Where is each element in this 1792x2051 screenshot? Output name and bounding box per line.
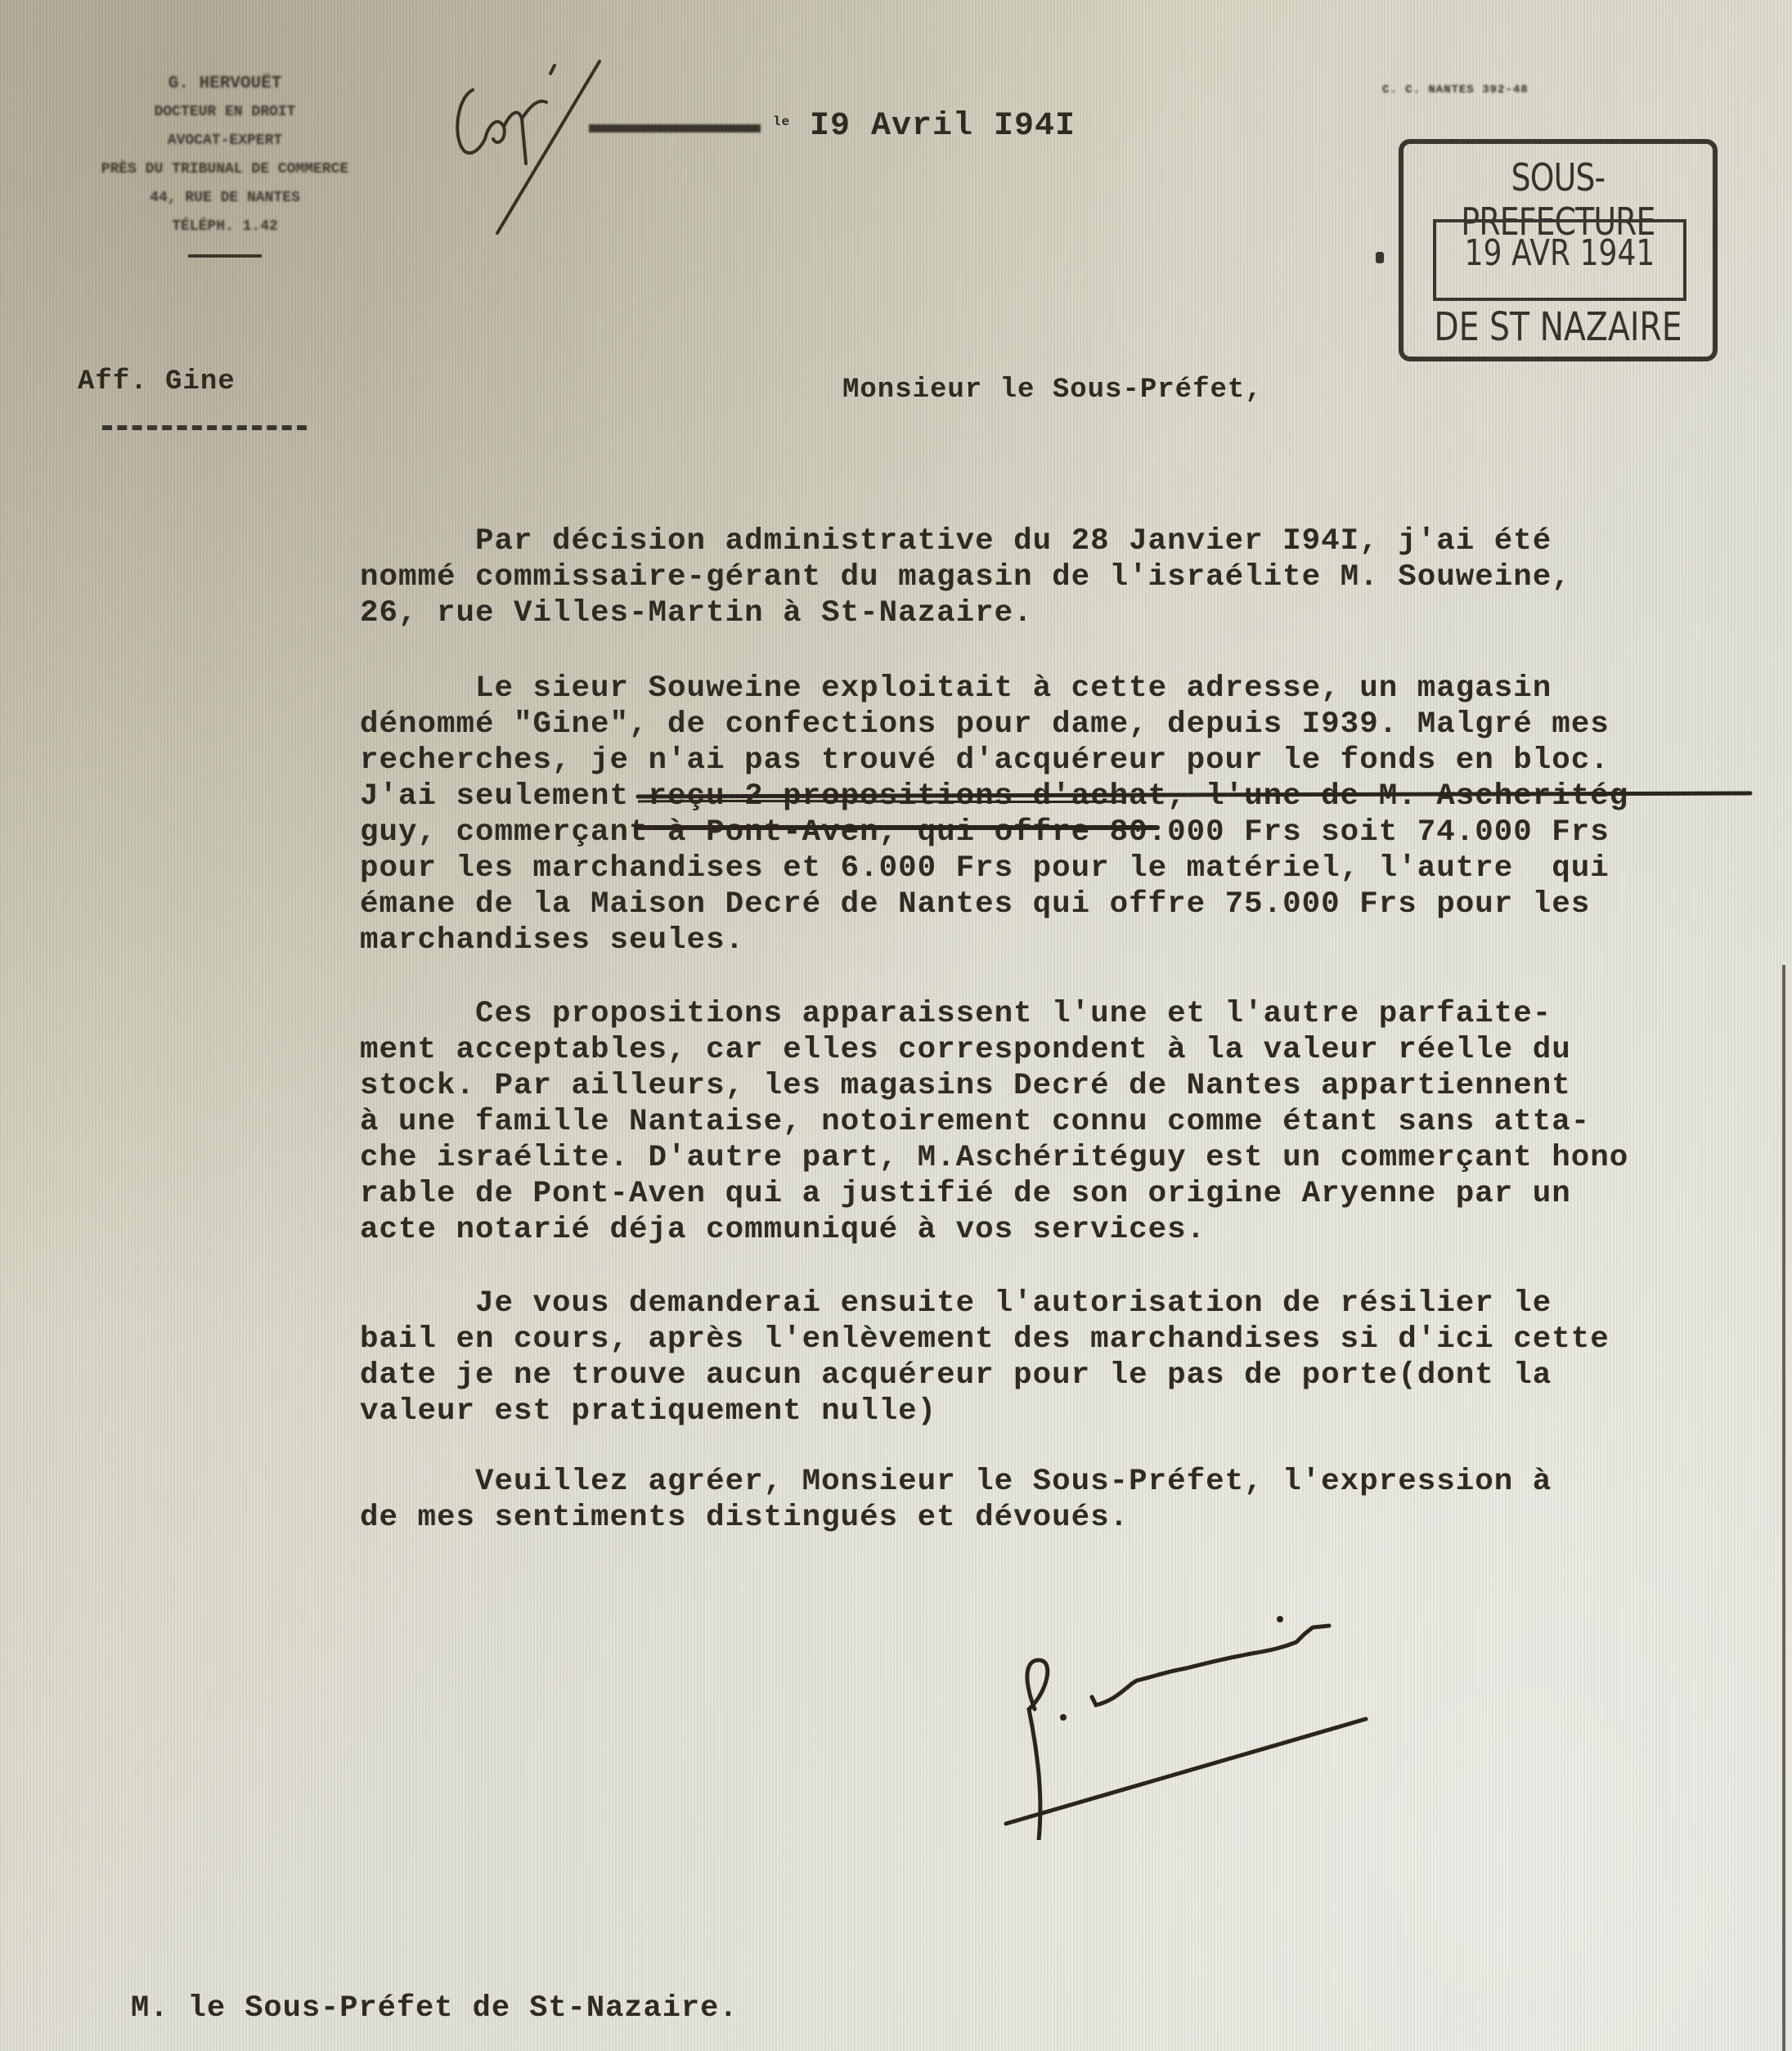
addressee: M. le Sous-Préfet de St-Nazaire.	[131, 1991, 739, 2026]
body-line: Le sieur Souweine exploitait à cette adr…	[360, 671, 1628, 707]
letterhead-address: 44, RUE DE NANTES	[33, 184, 417, 213]
paragraph-3: Ces propositions apparaissent l'une et l…	[360, 996, 1628, 1248]
body-line: date je ne trouve aucun acquéreur pour l…	[360, 1358, 1610, 1394]
reference-dashed-underline	[102, 425, 307, 430]
body-line: valeur est pratiquement nulle)	[360, 1394, 1610, 1429]
body-line: Ces propositions apparaissent l'une et l…	[360, 996, 1628, 1032]
letterhead-profession: AVOCAT-EXPERT	[33, 127, 417, 155]
received-stamp: SOUS-PREFECTURE 19 AVR 1941 DE ST NAZAIR…	[1399, 139, 1718, 361]
body-line: marchandises seules.	[360, 922, 1628, 958]
body-line: 26, rue Villes-Martin à St-Nazaire.	[360, 595, 1571, 631]
body-line: nommé commissaire-gérant du magasin de l…	[360, 559, 1571, 595]
body-line: dénommé "Gine", de confections pour dame…	[360, 707, 1628, 743]
closing-paragraph: Veuillez agréer, Monsieur le Sous-Préfet…	[360, 1464, 1552, 1536]
letterhead-title: DOCTEUR EN DROIT	[33, 98, 417, 127]
letterhead-phone: TÉLÉPH. 1.42	[33, 213, 417, 241]
handwritten-copie-annotation: Copie	[448, 57, 604, 245]
city-line-blurred	[589, 124, 761, 132]
paragraph-4: Je vous demanderai ensuite l'autorisatio…	[360, 1286, 1610, 1429]
body-line: émane de la Maison Decré de Nantes qui o…	[360, 886, 1628, 922]
letter-date: I9 Avril I94I	[810, 108, 1076, 145]
body-line: à une famille Nantaise, notoirement conn…	[360, 1104, 1628, 1140]
body-line: che israélite. D'autre part, M.Aschérité…	[360, 1140, 1628, 1176]
body-line: de mes sentiments distingués et dévoués.	[360, 1500, 1552, 1536]
stamp-date: 19 AVR 1941	[1458, 232, 1661, 274]
body-line: Je vous demanderai ensuite l'autorisatio…	[360, 1286, 1610, 1322]
signature: handwritten signature	[990, 1578, 1374, 1840]
date-prefix: le	[773, 114, 790, 129]
body-line: bail en cours, après l'enlèvement des ma…	[360, 1322, 1610, 1358]
body-line: recherches, je n'ai pas trouvé d'acquére…	[360, 743, 1628, 779]
cc-reference: C. C. NANTES 392-48	[1382, 83, 1529, 96]
body-line: J'ai seulement reçu 2 propositions d'ach…	[360, 779, 1628, 815]
body-line: pour les marchandises et 6.000 Frs pour …	[360, 850, 1628, 886]
paragraph-2: Le sieur Souweine exploitait à cette adr…	[360, 671, 1628, 958]
letterhead: G. HERVOUËT DOCTEUR EN DROIT AVOCAT-EXPE…	[33, 70, 417, 258]
body-line: Veuillez agréer, Monsieur le Sous-Préfet…	[360, 1464, 1552, 1500]
body-line: guy, commerçant à Pont-Aven, qui offre 8…	[360, 815, 1628, 850]
salutation: Monsieur le Sous-Préfet,	[842, 375, 1263, 406]
body-line: rable de Pont-Aven qui a justifié de son…	[360, 1176, 1628, 1212]
stamp-location: DE ST NAZAIRE	[1431, 304, 1685, 350]
body-line: ment acceptables, car elles corresponden…	[360, 1032, 1628, 1068]
body-line: stock. Par ailleurs, les magasins Decré …	[360, 1068, 1628, 1104]
letterhead-name: G. HERVOUËT	[33, 70, 417, 98]
letterhead-divider	[188, 254, 262, 258]
body-line: acte notarié déja communiqué à vos servi…	[360, 1212, 1628, 1248]
case-reference: Aff. Gine	[78, 366, 236, 397]
body-line: Par décision administrative du 28 Janvie…	[360, 523, 1571, 559]
stamp-dot	[1376, 252, 1384, 263]
stamp-date-box: 19 AVR 1941	[1433, 219, 1686, 301]
letterhead-court: PRÈS DU TRIBUNAL DE COMMERCE	[33, 155, 417, 184]
paragraph-1: Par décision administrative du 28 Janvie…	[360, 523, 1571, 631]
page-edge	[1782, 965, 1785, 2051]
